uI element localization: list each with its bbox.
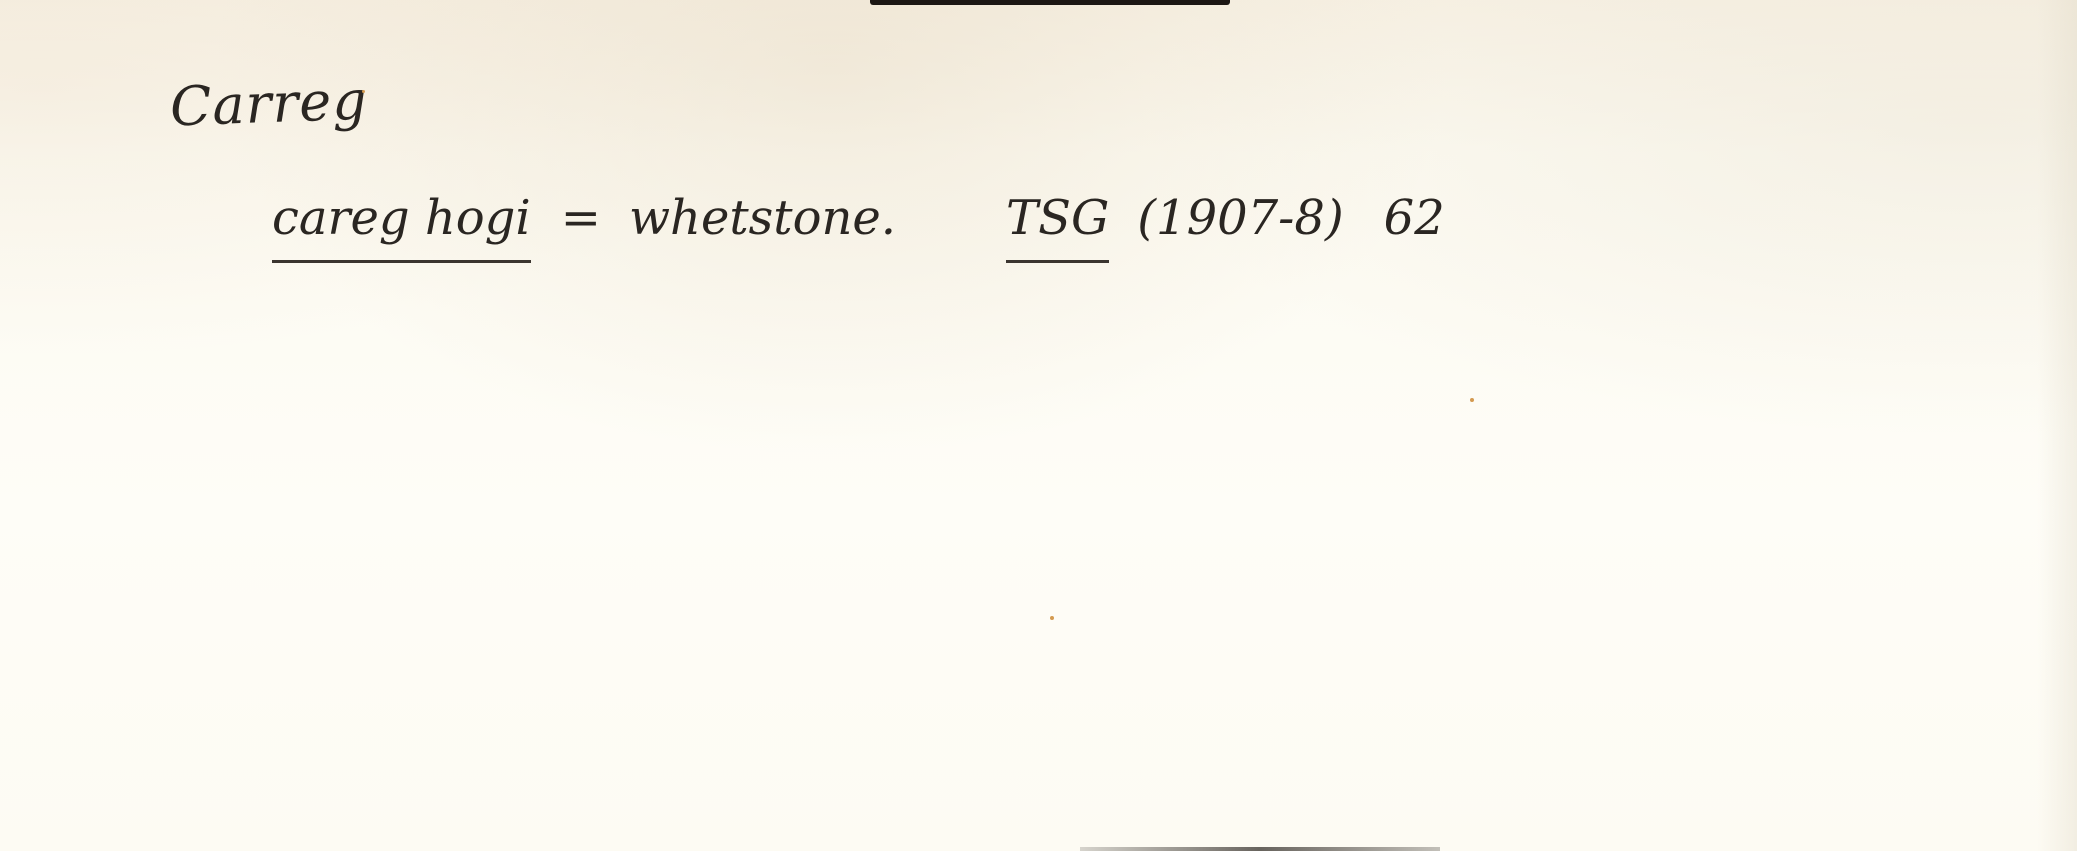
entry-term: careg hogi: [272, 190, 531, 263]
entry-page-number: 62: [1384, 190, 1445, 246]
paper-speck: [1050, 616, 1054, 620]
paper-speck: [362, 90, 365, 93]
entry-gloss: whetstone.: [629, 190, 896, 246]
card-bottom-edge-shadow: [1080, 847, 1440, 851]
paper-speck: [1470, 398, 1474, 402]
index-card: Carreg careg hogi = whetstone. TSG (1907…: [0, 0, 2077, 851]
entry-line: careg hogi = whetstone. TSG (1907-8) 62: [272, 190, 1445, 263]
card-top-edge-shadow: [870, 0, 1230, 5]
headword: Carreg: [169, 69, 369, 139]
entry-source-abbreviation: TSG: [1006, 190, 1109, 263]
card-right-shadow: [2037, 0, 2077, 851]
entry-equals-sign: =: [561, 190, 601, 246]
entry-source-years: (1907-8): [1137, 190, 1343, 246]
